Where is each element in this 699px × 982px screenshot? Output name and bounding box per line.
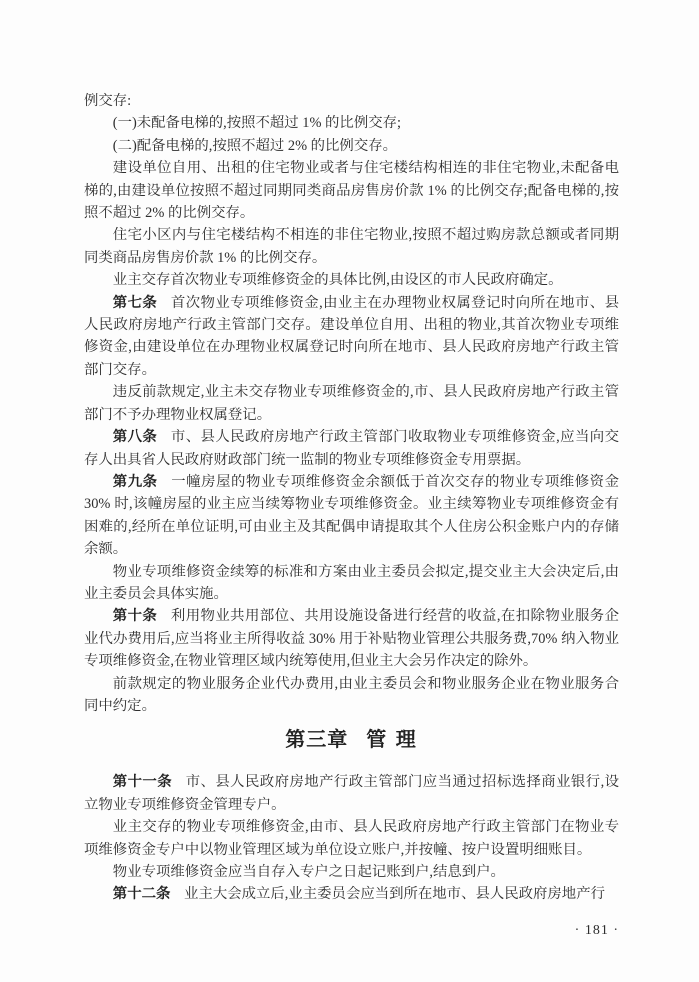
article-number: 第十二条 [113, 886, 171, 902]
paragraph-text: 利用物业共用部位、共用设施设备进行经营的收益,在扣除物业服务企业代办费用后,应当… [84, 608, 619, 669]
page-number: · 181 · [84, 920, 619, 942]
article-number: 第八条 [113, 429, 157, 445]
paragraph: 住宅小区内与住宅楼结构不相连的非住宅物业,按照不超过购房款总额或者同期同类商品房… [84, 224, 619, 269]
paragraph-text: 市、县人民政府房地产行政主管部门收取物业专项维修资金,应当向交存人出具省人民政府… [84, 429, 619, 467]
list-item-2: (二)配备电梯的,按照不超过 2% 的比例交存。 [84, 135, 619, 157]
article-9-paragraph: 第九条一幢房屋的物业专项维修资金余额低于首次交存的物业专项维修资金 30% 时,… [84, 471, 619, 561]
paragraph-continuation: 例交存: [84, 90, 619, 112]
paragraph: 违反前款规定,业主未交存物业专项维修资金的,市、县人民政府房地产行政主管部门不予… [84, 381, 619, 426]
paragraph-text: 首次物业专项维修资金,由业主在办理物业权属登记时向所在地市、县人民政府房地产行政… [84, 295, 619, 378]
paragraph: 物业专项维修资金应当自存入专户之日起记账到户,结息到户。 [84, 861, 619, 883]
article-10-paragraph: 第十条利用物业共用部位、共用设施设备进行经营的收益,在扣除物业服务企业代办费用后… [84, 605, 619, 672]
page-content: 例交存: (一)未配备电梯的,按照不超过 1% 的比例交存; (二)配备电梯的,… [84, 90, 619, 942]
list-item-1: (一)未配备电梯的,按照不超过 1% 的比例交存; [84, 112, 619, 134]
chapter-number: 第三章 [285, 729, 348, 751]
article-number: 第九条 [113, 474, 158, 490]
paragraph: 业主交存的物业专项维修资金,由市、县人民政府房地产行政主管部门在物业专项维修资金… [84, 816, 619, 861]
article-number: 第十条 [113, 608, 157, 624]
document-page: 例交存: (一)未配备电梯的,按照不超过 1% 的比例交存; (二)配备电梯的,… [0, 0, 699, 982]
article-number: 第七条 [113, 295, 157, 311]
paragraph: 物业专项维修资金续筹的标准和方案由业主委员会拟定,提交业主大会决定后,由业主委员… [84, 561, 619, 606]
article-number: 第十一条 [113, 774, 172, 790]
article-11-paragraph: 第十一条市、县人民政府房地产行政主管部门应当通过招标选择商业银行,设立物业专项维… [84, 771, 619, 816]
paragraph-text: 业主大会成立后,业主委员会应当到所在地市、县人民政府房地产行 [184, 886, 605, 902]
article-12-paragraph: 第十二条业主大会成立后,业主委员会应当到所在地市、县人民政府房地产行 [84, 883, 619, 905]
article-8-paragraph: 第八条市、县人民政府房地产行政主管部门收取物业专项维修资金,应当向交存人出具省人… [84, 426, 619, 471]
paragraph: 业主交存首次物业专项维修资金的具体比例,由设区的市人民政府确定。 [84, 269, 619, 291]
chapter-title: 管 理 [366, 729, 418, 751]
article-7-paragraph: 第七条首次物业专项维修资金,由业主在办理物业权属登记时向所在地市、县人民政府房地… [84, 292, 619, 382]
paragraph-text: 一幢房屋的物业专项维修资金余额低于首次交存的物业专项维修资金 30% 时,该幢房… [84, 474, 619, 557]
paragraph: 前款规定的物业服务企业代办费用,由业主委员会和物业服务企业在物业服务合同中约定。 [84, 673, 619, 718]
paragraph: 建设单位自用、出租的住宅物业或者与住宅楼结构相连的非住宅物业,未配备电梯的,由建… [84, 157, 619, 224]
chapter-heading: 第三章管 理 [84, 725, 619, 755]
